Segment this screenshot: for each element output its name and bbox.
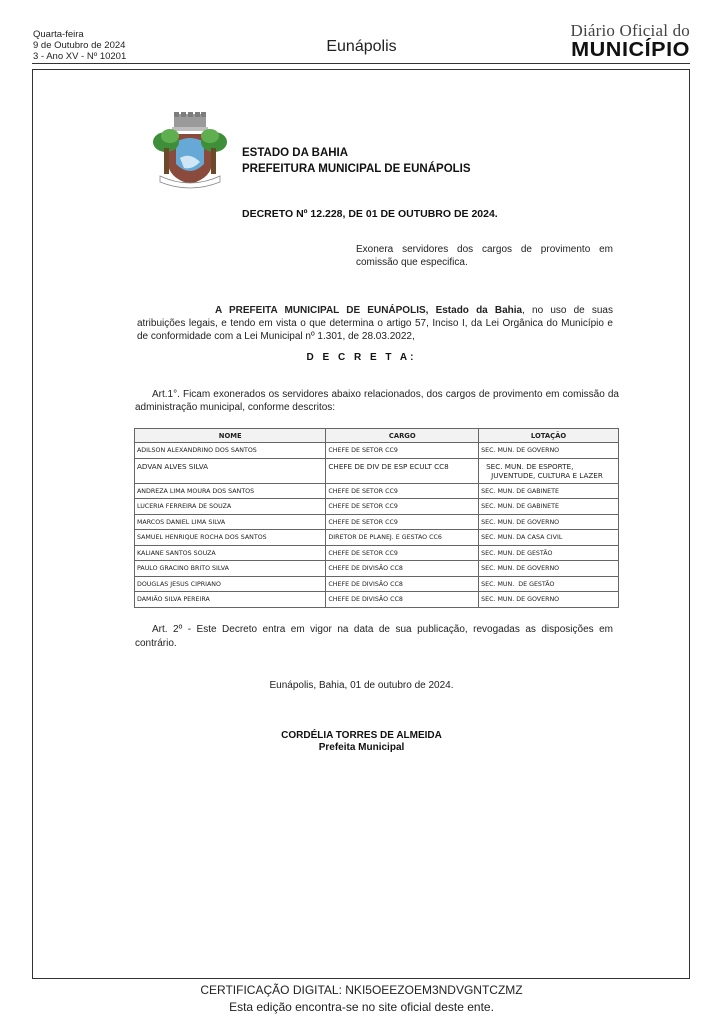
brand-line-2: MUNICÍPIO	[528, 40, 690, 60]
cell-lotacao: SEC. MUN. DE GABINETE	[479, 483, 619, 499]
cell-cargo: CHEFE DE DIV DE ESP ECULT CC8	[326, 458, 479, 483]
signer-role: Prefeita Municipal	[0, 742, 723, 753]
cell-lotacao: SEC. MUN. DE GESTÃO	[479, 545, 619, 561]
diario-oficial-logo: Diário Oficial do MUNICÍPIO	[540, 22, 690, 60]
decreta-heading: D E C R E T A:	[0, 352, 723, 363]
cell-cargo: CHEFE DE SETOR CC9	[326, 545, 479, 561]
table-row: ADVAN ALVES SILVA CHEFE DE DIV DE ESP EC…	[135, 458, 619, 483]
cell-nome: PAULO GRACINO BRITO SILVA	[135, 561, 326, 577]
cell-cargo: CHEFE DE DIVISÃO CC8	[326, 561, 479, 577]
brand-line-1: Diário Oficial do	[540, 22, 690, 40]
prefecture-name: PREFEITURA MUNICIPAL DE EUNÁPOLIS	[242, 161, 471, 177]
cell-lotacao: SEC. MUN. DE GOVERNO	[479, 514, 619, 530]
cell-cargo: CHEFE DE SETOR CC9	[326, 514, 479, 530]
article-1: Art.1°. Ficam exonerados os servidores a…	[135, 388, 619, 414]
table-row: ANDREZA LIMA MOURA DOS SANTOS CHEFE DE S…	[135, 483, 619, 499]
table-row: MARCOS DANIEL LIMA SILVA CHEFE DE SETOR …	[135, 514, 619, 530]
place-and-date: Eunápolis, Bahia, 01 de outubro de 2024.	[0, 680, 723, 691]
cell-nome: LUCERIA FERREIRA DE SOUZA	[135, 499, 326, 515]
page-footer: CERTIFICAÇÃO DIGITAL: NKI5OEEZOEM3NDVGNT…	[0, 982, 723, 1016]
article-2-text: Art. 2º - Este Decreto entra em vigor na…	[135, 624, 613, 649]
preamble: A PREFEITA MUNICIPAL DE EUNÁPOLIS, Estad…	[137, 304, 613, 343]
footer-note: Esta edição encontra-se no site oficial …	[0, 999, 723, 1016]
decree-summary: Exonera servidores dos cargos de provime…	[356, 243, 613, 269]
table-header-row: NOME CARGO LOTAÇÃO	[135, 429, 619, 443]
preamble-bold-subject: A PREFEITA MUNICIPAL DE EUNÁPOLIS,	[215, 305, 428, 316]
cell-nome: ANDREZA LIMA MOURA DOS SANTOS	[135, 483, 326, 499]
preamble-bold-state: Estado da Bahia	[436, 305, 523, 316]
cell-lotacao: SEC. MUN. DE GOVERNO	[479, 592, 619, 608]
digital-certification: CERTIFICAÇÃO DIGITAL: NKI5OEEZOEM3NDVGNT…	[0, 982, 723, 999]
cell-lotacao: SEC. MUN. DE GESTÃO	[479, 576, 619, 592]
cell-nome: MARCOS DANIEL LIMA SILVA	[135, 514, 326, 530]
signer-name: CORDÉLIA TORRES DE ALMEIDA	[0, 730, 723, 741]
cell-lotacao: SEC. MUN. DA CASA CIVIL	[479, 530, 619, 546]
cell-cargo: CHEFE DE SETOR CC9	[326, 443, 479, 459]
table-row: DOUGLAS JESUS CIPRIANO CHEFE DE DIVISÃO …	[135, 576, 619, 592]
table-row: LUCERIA FERREIRA DE SOUZA CHEFE DE SETOR…	[135, 499, 619, 515]
cell-lotacao-line-2: JUVENTUDE, CULTURA E LAZER	[481, 471, 616, 480]
decree-title: DECRETO Nº 12.228, DE 01 DE OUTUBRO DE 2…	[242, 208, 498, 220]
cell-lotacao: SEC. MUN. DE GOVERNO	[479, 561, 619, 577]
cell-nome: SAMUEL HENRIQUE ROCHA DOS SANTOS	[135, 530, 326, 546]
cell-cargo: CHEFE DE DIVISÃO CC8	[326, 576, 479, 592]
column-header-nome: NOME	[135, 429, 326, 443]
article-1-text: Art.1°. Ficam exonerados os servidores a…	[135, 389, 619, 413]
article-2: Art. 2º - Este Decreto entra em vigor na…	[135, 623, 613, 651]
cell-cargo: DIRETOR DE PLANEJ. E GESTAO CC6	[326, 530, 479, 546]
cell-nome: ADVAN ALVES SILVA	[135, 458, 326, 483]
cell-cargo: CHEFE DE SETOR CC9	[326, 483, 479, 499]
servants-table: NOME CARGO LOTAÇÃO ADILSON ALEXANDRINO D…	[134, 428, 619, 608]
cell-cargo: CHEFE DE DIVISÃO CC8	[326, 592, 479, 608]
table-row: DAMIÃO SILVA PEREIRA CHEFE DE DIVISÃO CC…	[135, 592, 619, 608]
cell-lotacao: SEC. MUN. DE ESPORTE, JUVENTUDE, CULTURA…	[479, 458, 619, 483]
table-row: ADILSON ALEXANDRINO DOS SANTOS CHEFE DE …	[135, 443, 619, 459]
institution-heading: ESTADO DA BAHIA PREFEITURA MUNICIPAL DE …	[242, 145, 471, 177]
cell-nome: DOUGLAS JESUS CIPRIANO	[135, 576, 326, 592]
table-row: PAULO GRACINO BRITO SILVA CHEFE DE DIVIS…	[135, 561, 619, 577]
column-header-cargo: CARGO	[326, 429, 479, 443]
cell-nome: KALIANE SANTOS SOUZA	[135, 545, 326, 561]
municipal-coat-of-arms-icon	[150, 112, 230, 192]
cell-lotacao: SEC. MUN. DE GABINETE	[479, 499, 619, 515]
cell-nome: ADILSON ALEXANDRINO DOS SANTOS	[135, 443, 326, 459]
state-name: ESTADO DA BAHIA	[242, 145, 471, 161]
header-divider	[32, 63, 690, 64]
cell-lotacao: SEC. MUN. DE GOVERNO	[479, 443, 619, 459]
cell-cargo: CHEFE DE SETOR CC9	[326, 499, 479, 515]
table-row: SAMUEL HENRIQUE ROCHA DOS SANTOS DIRETOR…	[135, 530, 619, 546]
table-row: KALIANE SANTOS SOUZA CHEFE DE SETOR CC9 …	[135, 545, 619, 561]
column-header-lotacao: LOTAÇÃO	[479, 429, 619, 443]
cell-nome: DAMIÃO SILVA PEREIRA	[135, 592, 326, 608]
cell-lotacao-line-1: SEC. MUN. DE ESPORTE,	[481, 462, 616, 471]
